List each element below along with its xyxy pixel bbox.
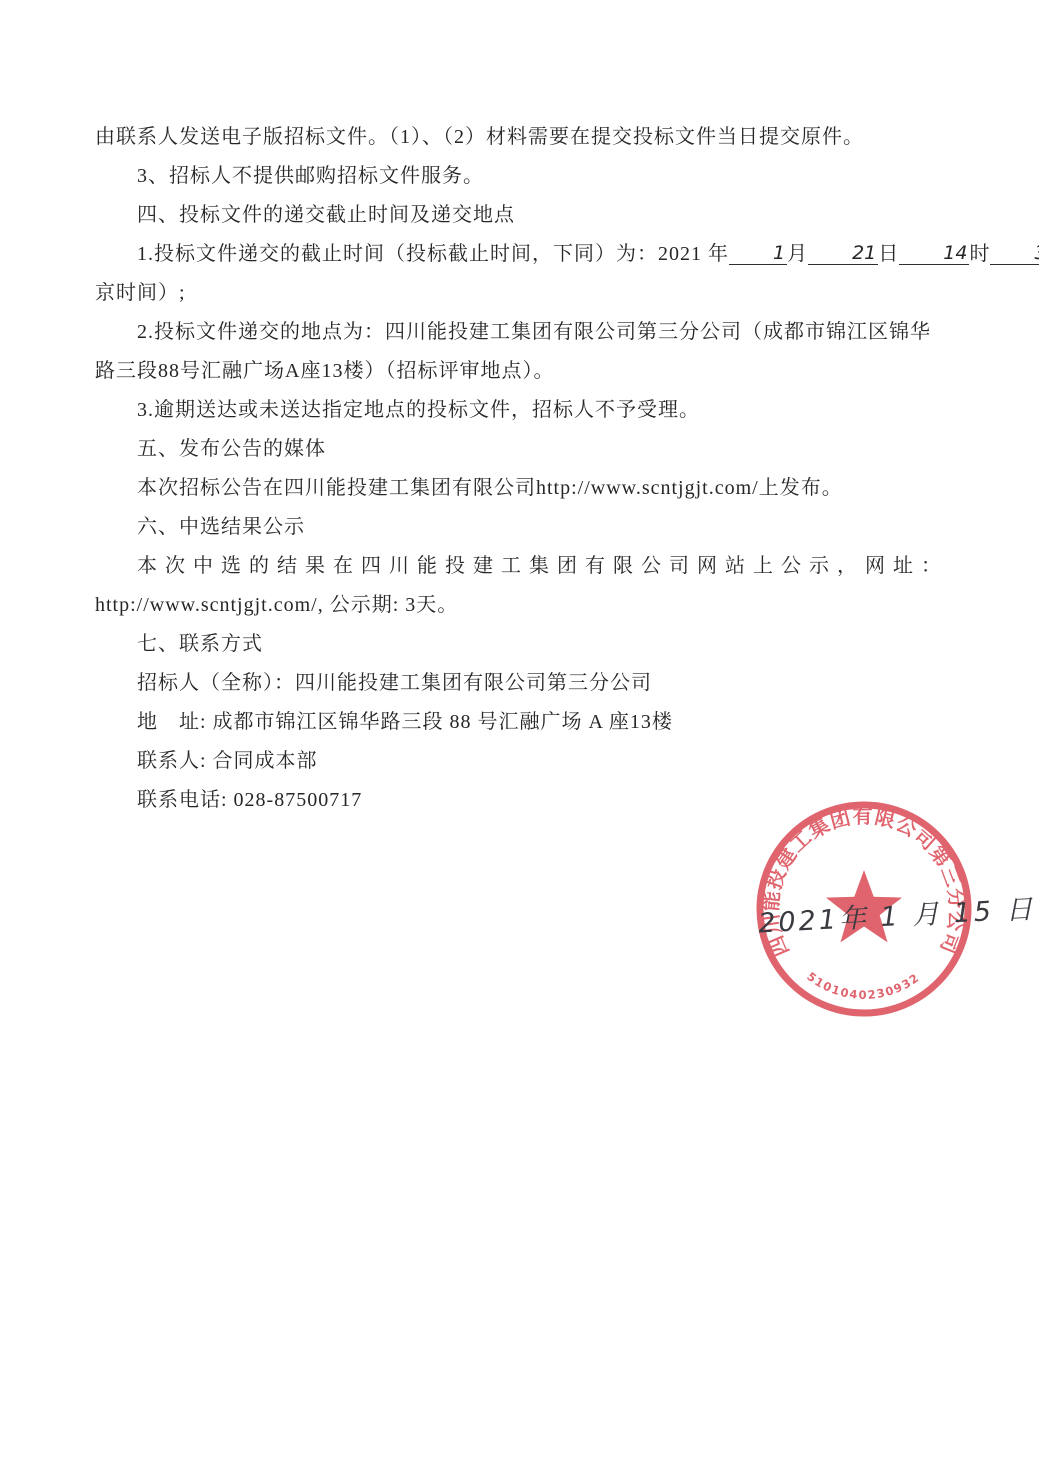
paragraph-electronic-delivery: 由联系人发送电子版招标文件。（1）、（2）材料需要在提交投标文件当日提交原件。	[95, 118, 945, 157]
document-body: 由联系人发送电子版招标文件。（1）、（2）材料需要在提交投标文件当日提交原件。 …	[95, 118, 945, 820]
section-heading-7: 七、联系方式	[95, 625, 945, 664]
hour-unit-label: 时	[969, 243, 990, 265]
section-heading-5: 五、发布公告的媒体	[95, 430, 945, 469]
deadline-continuation-line: 京时间）;	[95, 274, 945, 313]
submission-location-line-2: 路三段88号汇融广场A座13楼）（招标评审地点）。	[95, 352, 945, 391]
contact-person-line: 联系人: 合同成本部	[95, 742, 945, 781]
handwritten-hour-value: 14	[899, 242, 969, 265]
address-line: 地 址: 成都市锦江区锦华路三段 88 号汇融广场 A 座13楼	[95, 703, 945, 742]
section-heading-4: 四、投标文件的递交截止时间及递交地点	[95, 196, 945, 235]
deadline-line: 1.投标文件递交的截止时间（投标截止时间，下同）为：2021 年1月21日14时…	[95, 235, 945, 274]
handwritten-month-value: 1	[729, 242, 787, 265]
day-unit-label: 日	[878, 243, 899, 265]
bidder-name-line: 招标人（全称）：四川能投建工集团有限公司第三分公司	[95, 664, 945, 703]
handwritten-minute-value: 30	[990, 242, 1039, 265]
late-submission-line: 3.逾期送达或未送达指定地点的投标文件，招标人不予受理。	[95, 391, 945, 430]
svg-text:5101040230932: 5101040230932	[804, 969, 922, 1002]
deadline-prefix: 1.投标文件递交的截止时间（投标截止时间，下同）为：2021 年	[137, 243, 729, 265]
list-item-3-no-mail-order: 3、招标人不提供邮购招标文件服务。	[95, 157, 945, 196]
announcement-media-line: 本次招标公告在四川能投建工集团有限公司http://www.scntjgjt.c…	[95, 469, 945, 508]
submission-location-line-1: 2.投标文件递交的地点为：四川能投建工集团有限公司第三分公司（成都市锦江区锦华	[95, 313, 945, 352]
result-publicity-line-2: http://www.scntjgjt.com/, 公示期: 3天。	[95, 586, 945, 625]
section-heading-6: 六、中选结果公示	[95, 508, 945, 547]
seal-serial-number: 5101040230932	[804, 969, 922, 1002]
handwritten-day-value: 21	[808, 242, 878, 265]
month-unit-label: 月	[787, 243, 808, 265]
result-publicity-line-1: 本次中选的结果在四川能投建工集团有限公司网站上公示，网址：	[95, 547, 945, 586]
